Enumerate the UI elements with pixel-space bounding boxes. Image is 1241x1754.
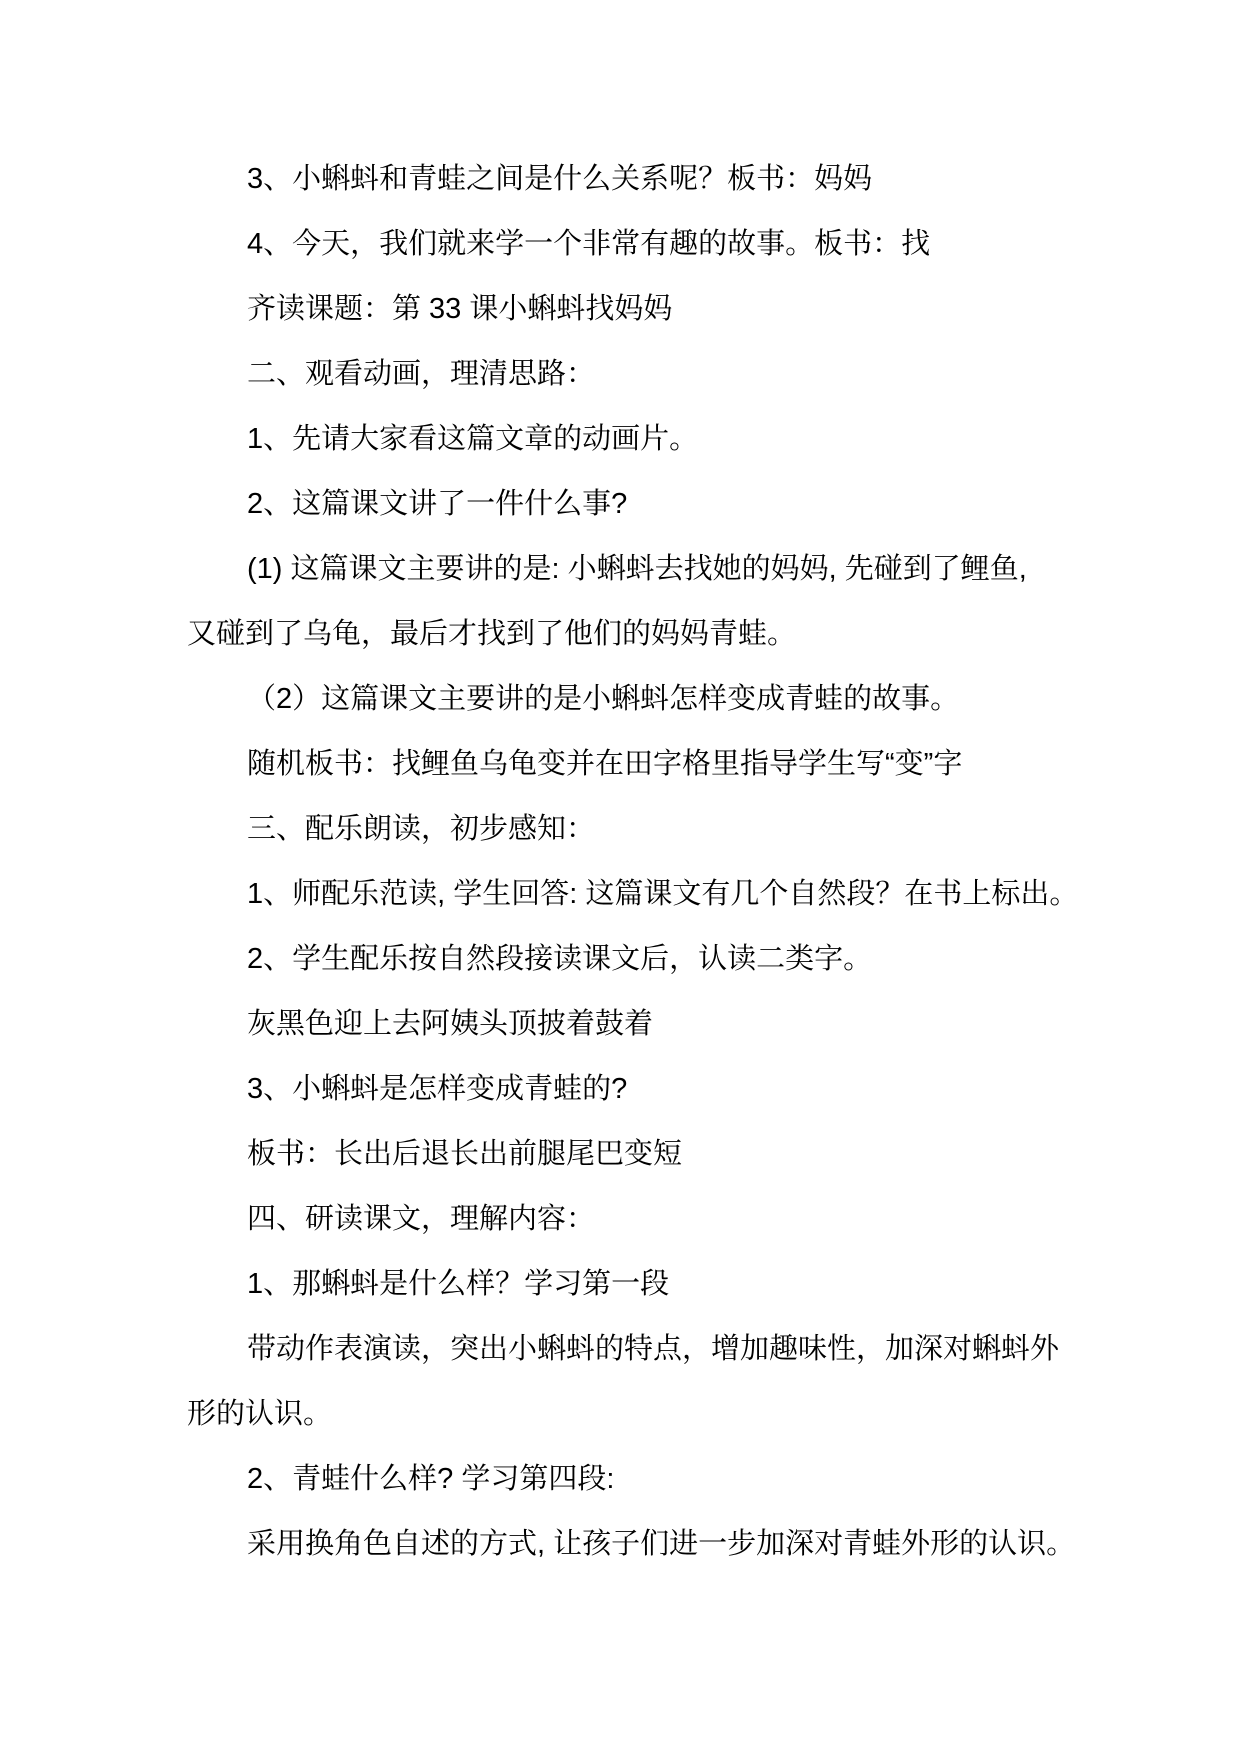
text-line: 4、今天，我们就来学一个非常有趣的故事。板书：找 bbox=[187, 212, 1087, 277]
text-line: 1、先请大家看这篇文章的动画片。 bbox=[187, 407, 1087, 472]
document-page: 3、小蝌蚪和青蛙之间是什么关系呢？板书：妈妈 4、今天，我们就来学一个非常有趣的… bbox=[0, 0, 1241, 1754]
text-line: 板书：长出后退长出前腿尾巴变短 bbox=[187, 1122, 1087, 1187]
text-line: 灰黑色迎上去阿姨头顶披着鼓着 bbox=[187, 992, 1087, 1057]
text-line: 3、小蝌蚪是怎样变成青蛙的? bbox=[187, 1057, 1087, 1122]
text-line: 2、这篇课文讲了一件什么事? bbox=[187, 472, 1087, 537]
text-line: 1、那蝌蚪是什么样？学习第一段 bbox=[187, 1252, 1087, 1317]
text-line: 带动作表演读，突出小蝌蚪的特点，增加趣味性，加深对蝌蚪外 bbox=[187, 1317, 1087, 1382]
text-line: 四、研读课文，理解内容： bbox=[187, 1187, 1087, 1252]
text-line: (1) 这篇课文主要讲的是: 小蝌蚪去找她的妈妈, 先碰到了鲤鱼, bbox=[187, 537, 1087, 602]
text-line: （2）这篇课文主要讲的是小蝌蚪怎样变成青蛙的故事。 bbox=[187, 667, 1087, 732]
text-line: 1、师配乐范读, 学生回答: 这篇课文有几个自然段？在书上标出。 bbox=[187, 862, 1087, 927]
text-line: 齐读课题：第 33 课小蝌蚪找妈妈 bbox=[187, 277, 1087, 342]
text-line: 三、配乐朗读，初步感知： bbox=[187, 797, 1087, 862]
text-line-continuation: 形的认识。 bbox=[187, 1382, 1087, 1447]
text-line: 随机板书：找鲤鱼乌龟变并在田字格里指导学生写“变”字 bbox=[187, 732, 1087, 797]
text-line: 采用换角色自述的方式, 让孩子们进一步加深对青蛙外形的认识。 bbox=[187, 1512, 1087, 1577]
text-content: 3、小蝌蚪和青蛙之间是什么关系呢？板书：妈妈 4、今天，我们就来学一个非常有趣的… bbox=[187, 147, 1087, 1577]
text-line: 2、学生配乐按自然段接读课文后，认读二类字。 bbox=[187, 927, 1087, 992]
text-line: 3、小蝌蚪和青蛙之间是什么关系呢？板书：妈妈 bbox=[187, 147, 1087, 212]
text-line: 2、青蛙什么样? 学习第四段: bbox=[187, 1447, 1087, 1512]
text-line: 二、观看动画，理清思路： bbox=[187, 342, 1087, 407]
text-line-continuation: 又碰到了乌龟，最后才找到了他们的妈妈青蛙。 bbox=[187, 602, 1087, 667]
